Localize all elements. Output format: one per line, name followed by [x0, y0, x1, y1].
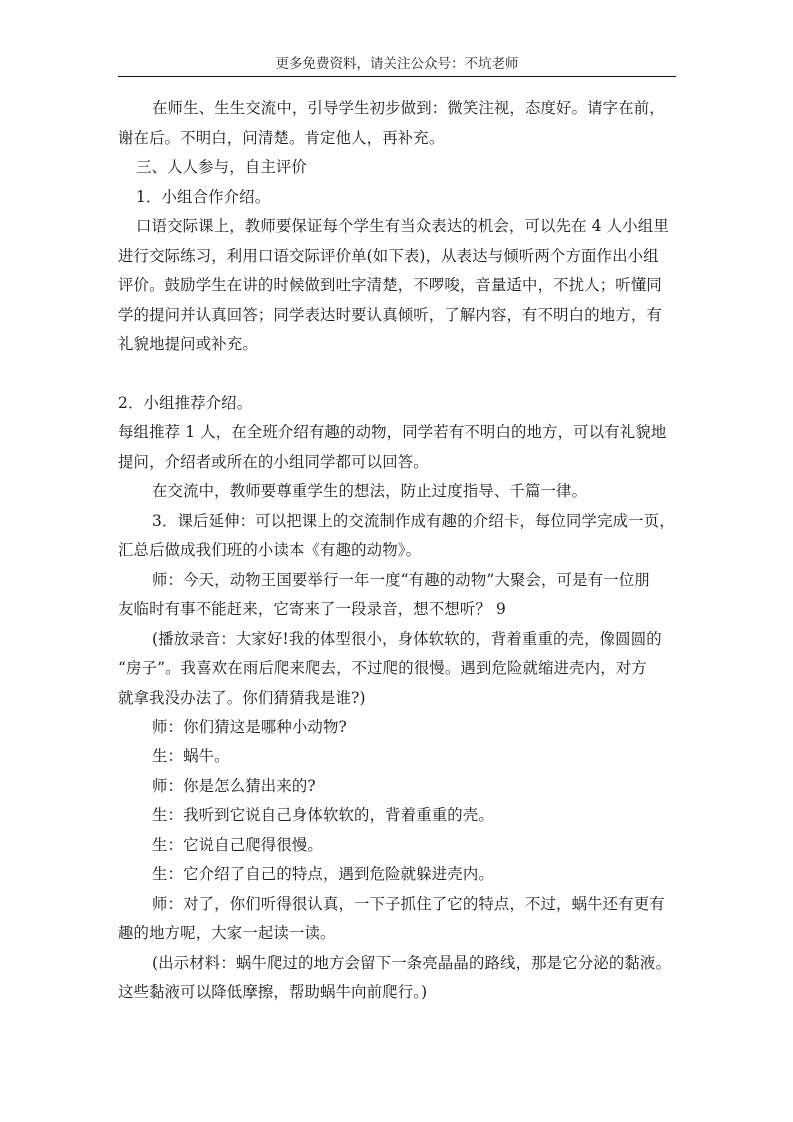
- text-line: 师：你们猜这是哪种小动物?: [152, 717, 347, 737]
- text-line: 师：对了，你们听得很认真，一下子抓住了它的特点，不过，蜗牛还有更有: [152, 894, 665, 914]
- page-header: 更多免费资料，请关注公众号：不坑老师: [118, 54, 676, 76]
- text-line: 生：它介绍了自己的特点，遇到危险就躲进壳内。: [152, 864, 494, 884]
- text-line: 友临时有事不能赶来，它寄来了一段录音，想不想听？ 9: [118, 599, 506, 619]
- header-divider: [118, 76, 676, 77]
- text-line: 在师生、生生交流中，引导学生初步做到：微笑注视，态度好。请字在前，: [152, 98, 665, 118]
- text-line: 1．小组合作介绍。: [136, 187, 270, 207]
- text-line: “房子”。我喜欢在雨后爬来爬去，不过爬的很慢。遇到危险就缩进壳内，对方: [118, 658, 647, 678]
- header-text: 更多免费资料，请关注公众号：不坑老师: [276, 56, 519, 72]
- text-line: (出示材料：蜗牛爬过的地方会留下一条亮晶晶的路线，那是它分泌的黏液。: [152, 953, 671, 973]
- text-line: (播放录音：大家好!我的体型很小，身体软软的，背着重重的壳，像圆圆的: [152, 629, 662, 649]
- text-line: 谢在后。不明白，问清楚。肯定他人，再补充。: [118, 128, 444, 148]
- text-line: 礼貌地提问或补充。: [118, 334, 258, 354]
- text-line: 师：今天，动物王国要举行一年一度“有趣的动物”大聚会，可是有一位朋: [152, 570, 650, 590]
- text-line: 趣的地方呢，大家一起读一读。: [118, 923, 336, 943]
- text-line: 每组推荐 1 人，在全班介绍有趣的动物，同学若有不明白的地方，可以有礼貌地: [118, 422, 666, 442]
- text-line: 2．小组推荐介绍。: [118, 393, 252, 413]
- text-line: 这些黏液可以降低摩擦，帮助蜗牛向前爬行。): [118, 982, 427, 1002]
- text-line: 三、人人参与，自主评价: [136, 157, 307, 177]
- text-line: 3．课后延伸：可以把课上的交流制作成有趣的介绍卡，每位同学完成一页，: [152, 511, 675, 531]
- text-line: 学的提问并认真回答；同学表达时要认真倾听，了解内容，有不明白的地方，有: [118, 305, 662, 325]
- text-line: 口语交际课上，教师要保证每个学生有当众表达的机会，可以先在 4 人小组里: [136, 216, 669, 236]
- text-line: 评价。鼓励学生在讲的时候做到吐字清楚，不啰唆，音量适中，不扰人；听懂同: [118, 275, 662, 295]
- text-line: 在交流中，教师要尊重学生的想法，防止过度指导、千篇一律。: [152, 481, 587, 501]
- text-line: 就拿我没办法了。你们猜猜我是谁?): [118, 688, 366, 708]
- text-line: 师：你是怎么猜出来的?: [152, 776, 316, 796]
- text-line: 生：它说自己爬得很慢。: [152, 835, 323, 855]
- text-line: 进行交际练习，利用口语交际评价单(如下表)，从表达与倾听两个方面作出小组: [118, 246, 659, 266]
- text-line: 汇总后做成我们班的小读本《有趣的动物》。: [118, 540, 421, 560]
- text-line: 生：我听到它说自己身体软软的，背着重重的壳。: [152, 805, 494, 825]
- text-line: 提问，介绍者或所在的小组同学都可以回答。: [118, 452, 429, 472]
- text-line: 生：蜗牛。: [152, 746, 230, 766]
